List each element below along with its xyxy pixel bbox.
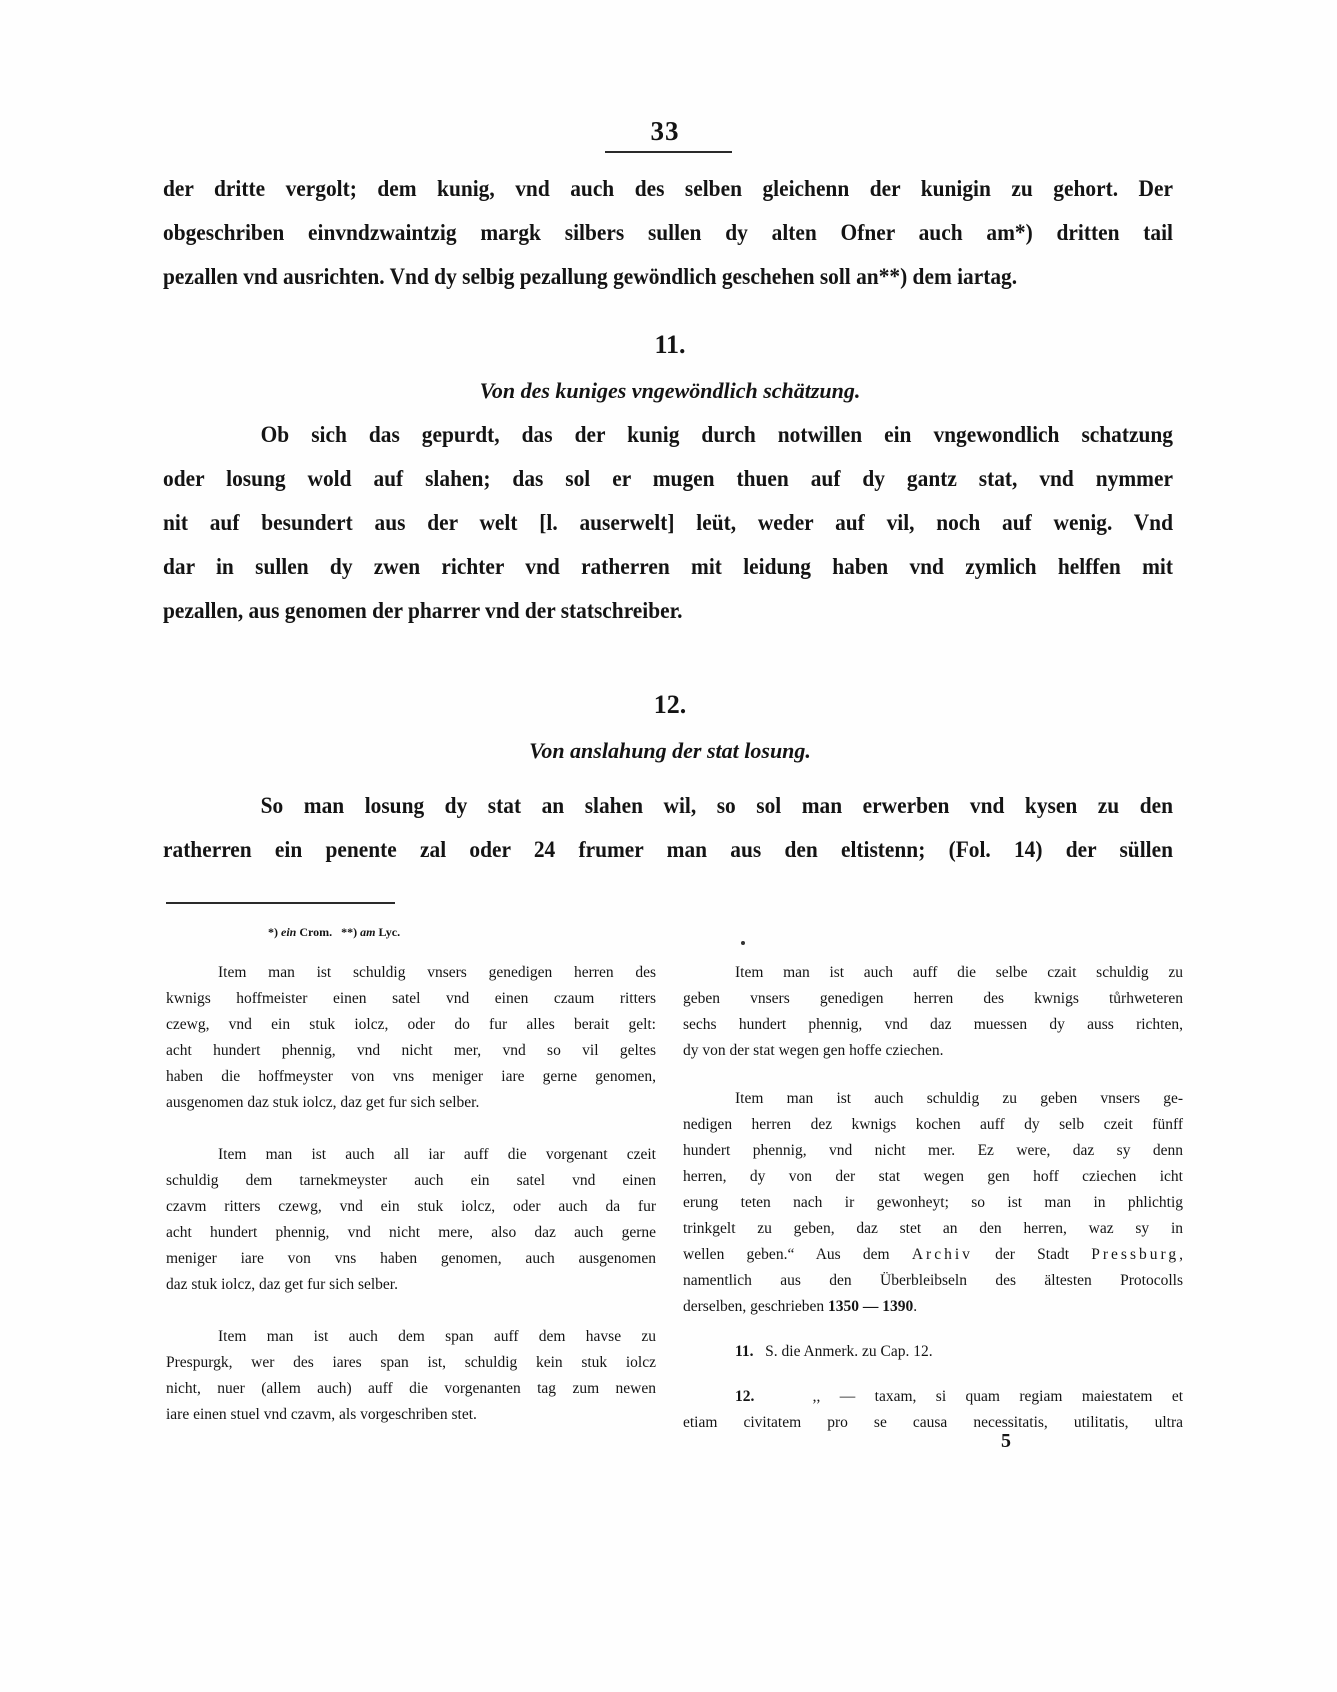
- note-line: Item man ist schuldig vnsers genedigen h…: [166, 960, 656, 986]
- note-line: czavm ritters czewg, vnd ein stuk iolcz,…: [166, 1194, 656, 1220]
- note-paragraph: Item man ist auch auff die selbe czait s…: [683, 960, 1183, 1064]
- text-line: pezallen vnd ausrichten. Vnd dy selbig p…: [163, 255, 1173, 299]
- note-line: hundert phennig, vnd nicht mer. Ez were,…: [683, 1138, 1183, 1164]
- note-number: 12.: [735, 1388, 754, 1405]
- note-line: dy von der stat wegen gen hoffe cziechen…: [683, 1038, 1183, 1064]
- text-line: oder losung wold auf slahen; das sol er …: [163, 457, 1173, 501]
- stray-dot: [741, 941, 745, 945]
- note-line: erung teten nach ir gewonheyt; so ist ma…: [683, 1190, 1183, 1216]
- signature-mark: 5: [1001, 1430, 1011, 1453]
- note-line: Item man ist auch all iar auff die vorge…: [166, 1142, 656, 1168]
- section-paragraph: So man losung dy stat an slahen wil, so …: [163, 784, 1173, 872]
- note-line: herren, dy von der stat wegen gen hoff c…: [683, 1164, 1183, 1190]
- text-line: nit auf besundert aus der welt [l. auser…: [163, 501, 1173, 545]
- footnote-mark: **): [341, 925, 357, 939]
- note-line-source: wellen geben.“ Aus dem Archiv der Stadt …: [683, 1242, 1183, 1268]
- text-line: obgeschriben einvndzwaintzig margk silbe…: [163, 211, 1173, 255]
- section-paragraph: Ob sich das gepurdt, das der kunig durch…: [163, 413, 1173, 633]
- section-title: Von des kuniges vngewöndlich schätzung.: [300, 378, 1040, 404]
- note-paragraph: Item man ist auch schuldig zu geben vnse…: [683, 1086, 1183, 1320]
- note-line: Item man ist auch dem span auff dem havs…: [166, 1324, 656, 1350]
- page-number-rule: [605, 151, 732, 153]
- note-paragraph: Item man ist auch dem span auff dem havs…: [166, 1324, 656, 1428]
- note-paragraph: 12. ,, — taxam, si quam regiam maiestate…: [683, 1384, 1183, 1436]
- text-line: So man losung dy stat an slahen wil, so …: [163, 784, 1173, 828]
- note-number: 11.: [735, 1343, 754, 1360]
- page-number: 33: [600, 116, 730, 147]
- text-line: dar in sullen dy zwen richter vnd rather…: [163, 545, 1173, 589]
- notes-right-column: Item man ist auch auff die selbe czait s…: [683, 960, 1183, 1455]
- city-word: Pressburg: [1091, 1246, 1179, 1263]
- footnote-word: am: [360, 925, 375, 939]
- footnote-source: Lyc.: [378, 925, 400, 939]
- note-line: Item man ist auch schuldig zu geben vnse…: [683, 1086, 1183, 1112]
- text-line: Ob sich das gepurdt, das der kunig durch…: [163, 413, 1173, 457]
- year-range: 1350 — 1390: [828, 1298, 913, 1315]
- note-paragraph: Item man ist schuldig vnsers genedigen h…: [166, 960, 656, 1116]
- note-line: nedigen herren dez kwnigs kochen auff dy…: [683, 1112, 1183, 1138]
- note-line: kwnigs hoffmeister einen satel vnd einen…: [166, 986, 656, 1012]
- note-line: namentlich aus den Überbleibseln des ält…: [683, 1268, 1183, 1294]
- note-line: trinkgelt zu geben, daz stet an den herr…: [683, 1216, 1183, 1242]
- note-line: haben die hoffmeyster von vns meniger ia…: [166, 1064, 656, 1090]
- note-line: meniger iare von vns haben genomen, auch…: [166, 1246, 656, 1272]
- section-number: 11.: [560, 330, 780, 360]
- note-line: sechs hundert phennig, vnd daz muessen d…: [683, 1012, 1183, 1038]
- note-line: 12. ,, — taxam, si quam regiam maiestate…: [683, 1384, 1183, 1410]
- note-line: schuldig dem tarnekmeyster auch ein sate…: [166, 1168, 656, 1194]
- note-line: Item man ist auch auff die selbe czait s…: [683, 960, 1183, 986]
- note-line: daz stuk iolcz, daz get fur sich selber.: [166, 1272, 656, 1298]
- note-line: 11. S. die Anmerk. zu Cap. 12.: [683, 1339, 1183, 1365]
- note-line: czewg, vnd ein stuk iolcz, oder do fur a…: [166, 1012, 656, 1038]
- footnote-mark: *): [268, 925, 278, 939]
- note-line: acht hundert phennig, vnd nicht mer, vnd…: [166, 1038, 656, 1064]
- footnote-source: Crom.: [299, 925, 332, 939]
- note-line: Prespurgk, wer des iares span ist, schul…: [166, 1350, 656, 1376]
- text-line: der dritte vergolt; dem kunig, vnd auch …: [163, 167, 1173, 211]
- text-line: pezallen, aus genomen der pharrer vnd de…: [163, 589, 1173, 633]
- note-line: iare einen stuel vnd czavm, als vorgesch…: [166, 1402, 656, 1428]
- continuation-paragraph: der dritte vergolt; dem kunig, vnd auch …: [163, 167, 1173, 299]
- notes-left-column: Item man ist schuldig vnsers genedigen h…: [166, 960, 656, 1447]
- note-paragraph: 11. S. die Anmerk. zu Cap. 12.: [683, 1339, 1183, 1365]
- document-page: 33 der dritte vergolt; dem kunig, vnd au…: [0, 0, 1337, 1692]
- footnote-word: ein: [281, 925, 296, 939]
- note-line: ausgenomen daz stuk iolcz, daz get fur s…: [166, 1090, 656, 1116]
- archive-word: Archiv: [912, 1246, 973, 1263]
- note-line: acht hundert phennig, vnd nicht mere, al…: [166, 1220, 656, 1246]
- note-line: nicht, nuer (allem auch) auff die vorgen…: [166, 1376, 656, 1402]
- section-number: 12.: [560, 690, 780, 720]
- footnote-markers: *) ein Crom. **) am Lyc.: [268, 925, 400, 940]
- text-line: ratherren ein penente zal oder 24 frumer…: [163, 828, 1173, 872]
- footnote-rule: [166, 902, 395, 904]
- section-title: Von anslahung der stat losung.: [300, 738, 1040, 764]
- note-line: derselben, geschrieben 1350 — 1390.: [683, 1294, 1183, 1320]
- note-paragraph: Item man ist auch all iar auff die vorge…: [166, 1142, 656, 1298]
- note-line: geben vnsers genedigen herren des kwnigs…: [683, 986, 1183, 1012]
- note-line: etiam civitatem pro se causa necessitati…: [683, 1410, 1183, 1436]
